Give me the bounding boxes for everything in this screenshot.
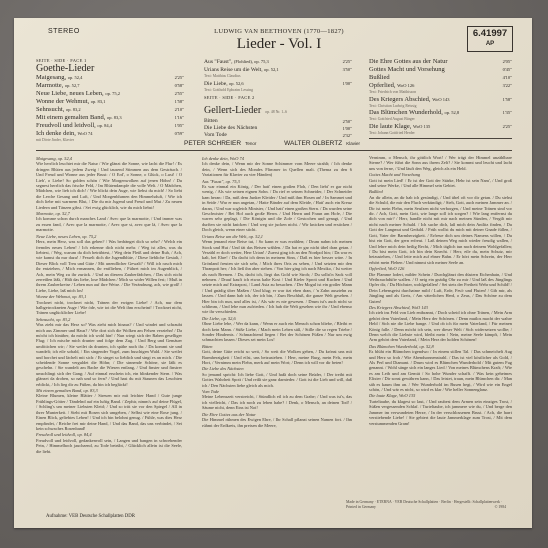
track-duration: 3'22" [488, 82, 512, 90]
track-title: Sehnsucht, op. 83,2 [36, 106, 160, 114]
stereo-label: STEREO [48, 28, 80, 35]
side1-more-track-list: Aus "Faust", (Flohlied), op. 75,32'25"Ur… [204, 58, 352, 93]
track-opus: op. 52,7 [65, 83, 80, 88]
track-title: Freudvoll und leidvoll, op. 84,4 [36, 122, 160, 130]
track-row: Des Kriegers Abschied, WoO 1431'58" [369, 96, 512, 104]
track-title: Die laute Klage, WoO 135 [369, 123, 488, 131]
track-title: Mit einem gemalten Band, op. 83,3 [36, 114, 160, 122]
track-duration: 0'59" [160, 130, 184, 138]
track-duration: 2'32" [328, 132, 352, 139]
side2-cycle-heading: Gellert-Lieder op. 48 Nr. 1–6 [204, 100, 352, 118]
track-opus: WoO 74 [78, 131, 93, 136]
track-duration: 0'58" [160, 82, 184, 90]
track-duration: 2'05" [488, 58, 512, 66]
track-row: Wonne der Wehmut, op. 83,11'58" [36, 98, 184, 106]
track-title: Vom Tode [204, 132, 328, 139]
track-opus: op. 52,6 [229, 81, 244, 86]
composer-heading: LUDWIG VAN BEETHOVEN (1770—1827) [204, 28, 354, 35]
track-title: Aus "Faust", (Flohlied), op. 75,3 [204, 58, 328, 66]
track-duration: 2'10" [160, 106, 184, 114]
lyric-text: Es war einmal ein König, / Der hatt' ein… [202, 184, 352, 233]
track-opus: op. 83,1 [91, 99, 106, 104]
track-row: Ich denke dein, WoO 740'59" [36, 130, 184, 138]
track-duration: 1'35" [488, 109, 512, 117]
track-row: Maigesang, op. 52,42'25" [36, 74, 184, 82]
track-title: Maigesang, op. 52,4 [36, 74, 160, 82]
lyric-text: Wie herrlich leuchtet mir die Natur / Wi… [36, 161, 182, 210]
lyric-text: Es blüht ein Blümchen irgendwo / In eine… [369, 349, 512, 392]
track-row: Neue Liebe, neues Leben, op. 75,22'55" [36, 90, 184, 98]
track-title: Neue Liebe, neues Leben, op. 75,2 [36, 90, 160, 98]
track-title: Urians Reise um die Welt, op. 52,1 [204, 66, 328, 74]
track-duration: 2'50" [328, 118, 352, 125]
track-duration: 4'10" [488, 74, 512, 82]
lyric-text: Trocknet nicht, trocknet nicht, Tränen d… [36, 300, 182, 316]
lyrics-column-1: Maigesang, op. 52,4Wie herrlich leuchtet… [36, 155, 182, 454]
performers: PETER SCHREIERTenor WALTER OLBERTZKlavie… [184, 140, 364, 147]
track-row: Bitten2'50" [204, 118, 352, 125]
lyric-text: Kleine Blumen, kleine Blätter / Streuen … [36, 393, 182, 431]
track-duration: 3'50" [328, 66, 352, 74]
lyric-text: Ich zieh ins Feld von Lieb entbrannt, / … [369, 310, 512, 342]
track-row: Urians Reise um die Welt, op. 52,13'50" [204, 66, 352, 74]
lyrics-column-2: Ich denke dein, WoO 74Ich denke dein, / … [202, 155, 352, 428]
lyric-text: Meine Lebenszeit verstreicht, / Stündlic… [202, 394, 352, 410]
track-row: Aus "Faust", (Flohlied), op. 75,32'25" [204, 58, 352, 66]
track-row: Die Ehre Gottes aus der Natur2'05" [369, 58, 512, 66]
singer-role: Tenor [245, 141, 256, 146]
track-title: Gottes Macht und Vorsehung [369, 66, 488, 74]
track-duration: 2'55" [160, 90, 184, 98]
side1-track-list: Maigesang, op. 52,42'25"Marmotte, op. 52… [36, 74, 184, 138]
catalog-number-box: 6.41997 AP [467, 26, 513, 52]
divider-right [369, 138, 512, 139]
track-row: Die laute Klage, WoO 1352'25" [369, 123, 512, 131]
lyric-text: Ich komme schon durch manches Land / Ave… [36, 216, 182, 232]
track-lyricist: Text: Johann Gottfried Herder [369, 131, 512, 137]
lyric-text: Ich denke dein, / Wenn mir der Sonne Sch… [202, 161, 352, 177]
side1-tracklist: SEITE · SIDE · FACE 1 Goethe-Lieder Maig… [36, 58, 184, 144]
track-row: Marmotte, op. 52,70'58" [36, 82, 184, 90]
side1-note: mit Dörte Jinder, Klavier [36, 138, 184, 144]
middle-tracklist: Aus "Faust", (Flohlied), op. 75,32'25"Ur… [204, 58, 352, 139]
pianist-role: Klavier [346, 141, 360, 146]
track-title: Bitten [204, 118, 328, 125]
lyric-text: Was zieht mir das Herz so? Was zieht mic… [36, 322, 182, 387]
track-duration: 1'58" [488, 96, 512, 104]
lyric-text: Turteltaube, du klagest so laut, / Und r… [369, 399, 512, 426]
track-title: Bußlied [369, 74, 488, 82]
lyric-text: So jemand spricht: Ich liebe Gott, / Und… [202, 372, 352, 388]
lyric-text: Vernimm, o Mensch, ihr göttlich Wort! / … [369, 155, 512, 171]
track-row: Gottes Macht und Vorsehung0'45" [369, 66, 512, 74]
track-title: Die Liebe, op. 52,6 [204, 80, 328, 88]
track-duration: 0'45" [488, 66, 512, 74]
side2-more-track-list: Die Ehre Gottes aus der Natur2'05"Gottes… [369, 58, 512, 136]
track-opus: WoO 126 [397, 83, 414, 88]
track-duration: 2'25" [488, 123, 512, 131]
track-duration: 2'25" [328, 58, 352, 66]
credits-text: Made in Germany · ETERNA · VEB Deutsche … [346, 500, 502, 509]
track-row: Sehnsucht, op. 83,22'10" [36, 106, 184, 114]
copyright: © 1984 [495, 505, 506, 510]
track-title: Wonne der Wehmut, op. 83,1 [36, 98, 160, 106]
track-duration: 1'16" [160, 114, 184, 122]
track-duration: 1'58" [160, 98, 184, 106]
track-title: Die Liebe des Nächsten [204, 125, 328, 132]
track-row: Mit einem gemalten Band, op. 83,31'16" [36, 114, 184, 122]
lyric-text: Wenn jemand eine Reise tut, / So kann er… [202, 239, 352, 315]
side2-track-list: Bitten2'50"Die Liebe des Nächsten1'00"Vo… [204, 118, 352, 139]
divider-main [36, 150, 512, 151]
track-opus: op. 75,2 [105, 91, 120, 96]
production-credits: Made in Germany · ETERNA · VEB Deutsche … [346, 500, 506, 510]
catalog-number: 6.41997 [468, 28, 512, 40]
lyric-text: Freudvoll und leidvoll, gedankenvoll sei… [36, 438, 182, 454]
track-row: Vom Tode2'32" [204, 132, 352, 139]
track-title: Die Ehre Gottes aus der Natur [369, 58, 488, 66]
album-title: Lieder - Vol. I [204, 36, 354, 53]
track-row: Bußlied4'10" [369, 74, 512, 82]
track-title: Ich denke dein, WoO 74 [36, 130, 160, 138]
track-row: Das Blümchen Wunderhold, op. 52,81'35" [369, 109, 512, 117]
track-title: Das Blümchen Wunderhold, op. 52,8 [369, 109, 488, 117]
track-opus: op. 83,2 [66, 107, 81, 112]
track-opus: op. 84,4 [97, 123, 112, 128]
track-opus: WoO 143 [432, 97, 449, 102]
track-duration: 1'00" [328, 80, 352, 88]
lyrics-column-3: Vernimm, o Mensch, ihr göttlich Wort! / … [369, 155, 512, 426]
record-sleeve-back: STEREO LUDWIG VAN BEETHOVEN (1770—1827) … [14, 18, 532, 528]
lyric-text: Die Flamme lodert, milder Schein / Durch… [369, 272, 512, 304]
recording-credit: Aufnahme: VEB Deutsche Schallplatten DDR [46, 514, 135, 519]
right-tracklist: Die Ehre Gottes aus der Natur2'05"Gottes… [369, 58, 512, 136]
lyric-text: Die Himmel rühmen des Ewigen Ehre, / Ihr… [202, 417, 352, 428]
track-title: Opferlied, WoO 126 [369, 82, 488, 90]
track-lyricist: Text: Gotthold Ephraim Lessing [204, 88, 352, 94]
track-opus: (Flohlied), op. 75,3 [234, 59, 269, 64]
lyric-text: Ohne Liebe lebe, / Wer da kann, / Wenn e… [202, 321, 352, 343]
track-duration: 2'25" [160, 74, 184, 82]
track-opus: op. 52,4 [68, 75, 83, 80]
side2-cycle-opus: op. 48 Nr. 1–6 [265, 110, 287, 114]
track-opus: op. 52,8 [444, 110, 459, 115]
track-opus: op. 52,1 [264, 67, 279, 72]
lyric-text: Gott, deine Güte reicht so weit, / So we… [202, 349, 352, 365]
lyric-text: Herz, mein Herz, was soll das geben? / W… [36, 239, 182, 293]
lyric-text: An dir allein, an dir hab ich gesündigt,… [369, 195, 512, 265]
side2-cycle-title: Gellert-Lieder [204, 105, 261, 116]
track-row: Die Liebe des Nächsten1'00" [204, 125, 352, 132]
track-duration: 1'00" [328, 125, 352, 132]
track-row: Opferlied, WoO 1263'22" [369, 82, 512, 90]
side1-cycle-title: Goethe-Lieder [36, 63, 184, 74]
catalog-suffix: AP [468, 40, 512, 48]
pianist-name: WALTER OLBERTZ [284, 140, 342, 147]
track-opus: WoO 135 [413, 124, 430, 129]
singer-name: PETER SCHREIER [184, 140, 241, 147]
lyric-text: Gott ist mein Lied! / Er ist der Gott de… [369, 178, 512, 189]
track-title: Marmotte, op. 52,7 [36, 82, 160, 90]
track-title: Des Kriegers Abschied, WoO 143 [369, 96, 488, 104]
track-opus: op. 83,3 [107, 115, 122, 120]
track-row: Die Liebe, op. 52,61'00" [204, 80, 352, 88]
track-duration: 1'05" [160, 122, 184, 130]
track-row: Freudvoll und leidvoll, op. 84,41'05" [36, 122, 184, 130]
